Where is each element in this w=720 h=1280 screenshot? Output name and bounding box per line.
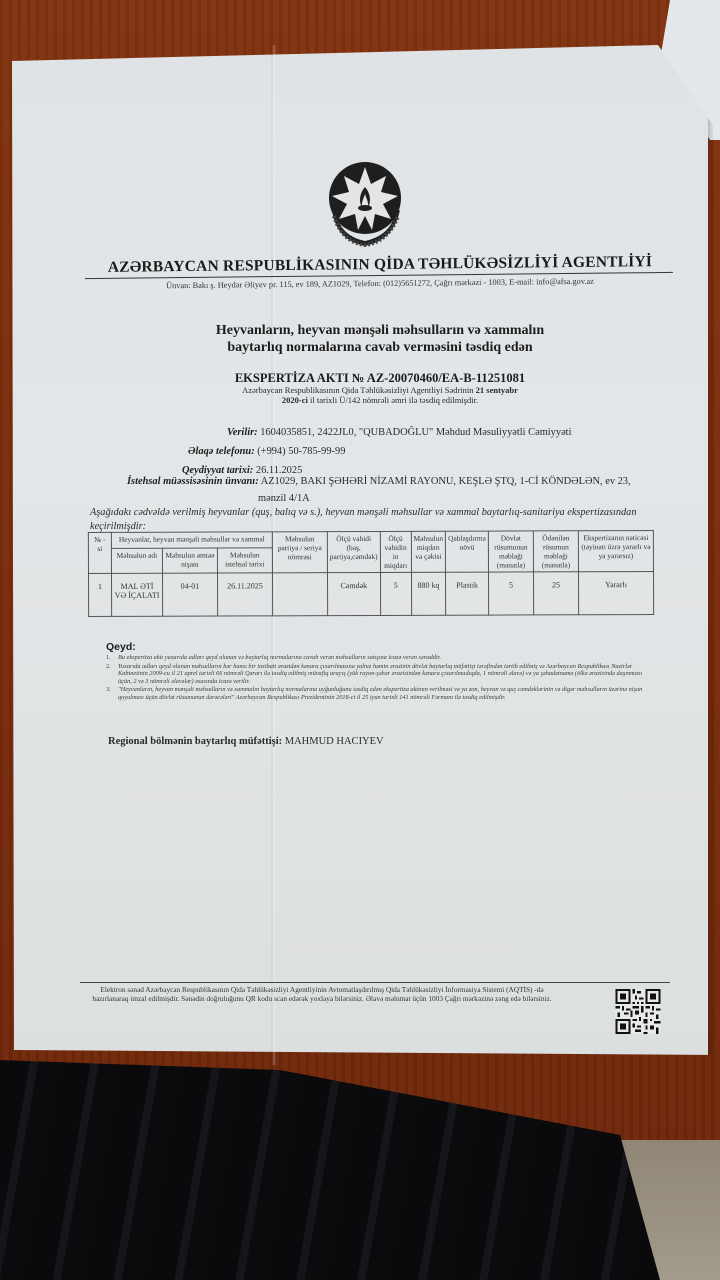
cell-result: Yararlı: [578, 572, 653, 615]
expertise-table: № - si Heyvanlar, heyvan mənşəli məhsull…: [88, 530, 654, 617]
col-unit: Ölçü vahidi (baş, partiya,cəmdək): [327, 531, 380, 572]
phone-field: Əlaqə telefonu: (+994) 50-785-99-99: [188, 446, 345, 457]
registration-date-label: Qeydiyyat tarixi:: [182, 465, 253, 476]
heading-line-2: baytarlıq normalarına cavab verməsini tə…: [190, 339, 570, 356]
cell-unit: Cəmdək: [327, 572, 380, 615]
col-result: Ekspertizanın nəticəsi (təyinatı üzrə ya…: [578, 531, 653, 572]
cell-packaging: Plastik: [446, 572, 489, 615]
registration-date-value: 26.11.2025: [256, 465, 302, 476]
cell-unit-qty: 5: [380, 572, 411, 615]
phone-value: (+994) 50-785-99-99: [257, 446, 345, 457]
act-basis: Azərbaycan Respublikasının Qida Təhlükəs…: [195, 385, 565, 405]
facility-address-label: İstehsal müəssisəsinin ünvanı:: [127, 476, 259, 487]
inspector-signature: Regional bölmənin baytarlıq müfəttişi: M…: [108, 736, 384, 747]
notes-list: 1.Bu ekspertiza aktı yuxarıda adları qey…: [106, 654, 654, 703]
note-number: 2.: [106, 663, 111, 671]
col-packaging: Qablaşdırma növü: [446, 531, 489, 572]
cell-production-date: 26.11.2025: [217, 573, 272, 616]
col-amount-weight: Məhsulun miqdarı və çəkisi: [411, 531, 446, 572]
cell-no: 1: [88, 573, 111, 616]
col-group: Heyvanlar, heyvan mənşəli məhsullar və x…: [111, 532, 272, 548]
col-no: № - si: [88, 532, 111, 573]
state-emblem-icon: [322, 158, 408, 250]
table-row: 1 MAL ƏTİ VƏ İÇALATI 04-01 26.11.2025 Cə…: [88, 572, 653, 617]
facility-address-field: İstehsal müəssisəsinin ünvanı: AZ1029, B…: [127, 476, 631, 487]
cell-amount-weight: 880 kq: [411, 572, 446, 615]
col-batch: Məhsulun partiya / seriya nömrəsi: [272, 532, 327, 573]
registration-date-field: Qeydiyyat tarixi: 26.11.2025: [182, 465, 302, 476]
act-basis-text-2: il tarixli Ü/142 nömrəli əmri ilə təsdiq…: [308, 395, 478, 405]
cell-batch: [272, 573, 327, 616]
col-product-code: Məhsulun əmtəə nişanı: [162, 548, 217, 574]
col-state-fee: Dövlət rüsumunun məbləği (manatla): [488, 531, 533, 572]
act-basis-year: 2020-ci: [282, 395, 308, 405]
act-basis-date: 21 sentyabr: [476, 385, 518, 395]
cell-product-name: MAL ƏTİ VƏ İÇALATI: [111, 573, 162, 616]
note-number: 1.: [106, 654, 111, 662]
issued-to-field: Verilir: 1604035851, 2422JL0, "QUBADOĞLU…: [227, 427, 571, 438]
inspector-name: MAHMUD HACIYEV: [285, 736, 384, 747]
issued-to-label: Verilir:: [227, 427, 258, 438]
act-basis-text: Azərbaycan Respublikasının Qida Təhlükəs…: [242, 385, 476, 395]
col-production-date: Məhsulun istehsal tarixi: [217, 547, 272, 573]
qr-code-icon[interactable]: [614, 989, 662, 1034]
heading-line-1: Heyvanların, heyvan mənşəli məhsulların …: [190, 322, 570, 339]
note-item: 1.Bu ekspertiza aktı yuxarıda adları qey…: [106, 654, 654, 662]
col-unit-qty: Ölçü vahidin in miqdarı: [380, 531, 411, 572]
notes-title: Qeyd:: [106, 641, 136, 653]
cell-paid-fee: 25: [533, 572, 578, 615]
footer-divider: [80, 982, 670, 983]
facility-address-line-2: mənzil 4/1A: [258, 493, 310, 504]
document-heading: Heyvanların, heyvan mənşəli məhsulların …: [190, 322, 570, 356]
note-number: 3.: [106, 686, 111, 694]
footer-note: Elektron sənəd Azərbaycan Respublikasını…: [82, 985, 562, 1003]
col-paid-fee: Ödənilən rüsumun məbləği (manatla): [533, 531, 578, 572]
note-text: Bu ekspertiza aktı yuxarıda adları qeyd …: [118, 654, 441, 661]
note-text: Yuxarıda adları qeyd olunan məhsulların …: [118, 663, 642, 685]
facility-address-value: AZ1029, BAKI ŞƏHƏRİ NİZAMİ RAYONU, KEŞLƏ…: [261, 476, 631, 487]
issued-to-value: 1604035851, 2422JL0, "QUBADOĞLU" Məhdud …: [260, 427, 571, 438]
col-product-name: Məhsulun adı: [111, 548, 162, 574]
phone-label: Əlaqə telefonu:: [188, 446, 255, 457]
note-text: "Heyvanların, heyvan mənşəli məhsulların…: [118, 686, 642, 701]
cell-product-code: 04-01: [162, 573, 217, 616]
cell-state-fee: 5: [488, 572, 533, 615]
table-header-row: № - si Heyvanlar, heyvan mənşəli məhsull…: [88, 531, 653, 548]
act-number: EKSPERTİZA AKTI № AZ-20070460/EA-B-11251…: [190, 371, 570, 386]
note-item: 2.Yuxarıda adları qeyd olunan məhsulları…: [106, 663, 654, 686]
inspector-label: Regional bölmənin baytarlıq müfəttişi:: [108, 736, 282, 747]
note-item: 3."Heyvanların, heyvan mənşəli məhsullar…: [106, 686, 654, 701]
